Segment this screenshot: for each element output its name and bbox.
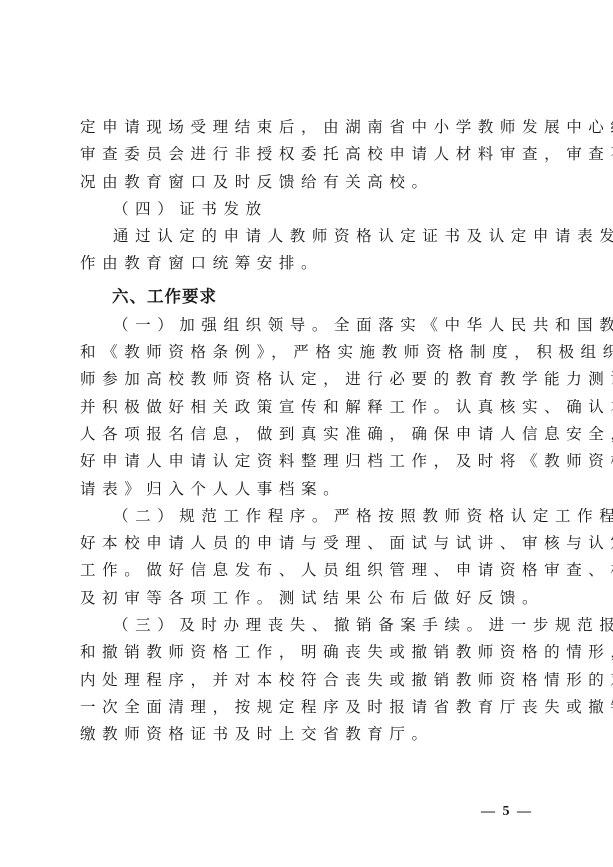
page-number: — 5 — <box>481 804 533 820</box>
text-line: 内处理程序，并对本校符合丧失或撤销教师资格情形的对象开展 <box>80 667 536 694</box>
section-heading-work-requirements: 六、工作要求 <box>80 278 536 312</box>
text-line: （三）及时办理丧失、撤销备案手续。进一步规范报请丧失 <box>80 612 536 639</box>
text-line: 定申请现场受理结束后，由湖南省中小学教师发展中心组织专家 <box>80 114 536 141</box>
text-line: 一次全面清理，按规定程序及时报请省教育厅丧失或撤销，并收 <box>80 694 536 721</box>
text-line: 师参加高校教师资格认定，进行必要的教育教学能力测试指导， <box>80 366 536 393</box>
text-line: 况由教育窗口及时反馈给有关高校。 <box>80 169 536 196</box>
text-line: 人各项报名信息，做到真实准确，确保申请人信息安全，同时做 <box>80 421 536 448</box>
text-line: （一）加强组织领导。全面落实《中华人民共和国教师法》 <box>80 312 536 339</box>
text-line: 和撤销教师资格工作，明确丧失或撤销教师资格的情形，细化校 <box>80 639 536 666</box>
text-line: （二）规范工作程序。严格按照教师资格认定工作程序，做 <box>80 503 536 530</box>
text-line: 工作。做好信息发布、人员组织管理、申请资格审查、材料收集 <box>80 557 536 584</box>
text-line: 请表》归入个人人事档案。 <box>80 476 536 503</box>
document-page: 定申请现场受理结束后，由湖南省中小学教师发展中心组织专家 审查委员会进行非授权委… <box>0 0 613 867</box>
text-line: 好本校申请人员的申请与受理、面试与试讲、审核与认定等相关 <box>80 530 536 557</box>
text-line: 好申请人申请认定资料整理归档工作，及时将《教师资格认定申 <box>80 448 536 475</box>
page-content: 定申请现场受理结束后，由湖南省中小学教师发展中心组织专家 审查委员会进行非授权委… <box>80 114 536 749</box>
text-line: 通过认定的申请人教师资格认定证书及认定申请表发放工 <box>80 223 536 250</box>
text-line: 审查委员会进行非授权委托高校申请人材料审查，审查不通过情 <box>80 141 536 168</box>
text-line: 和《教师资格条例》，严格实施教师资格制度，积极组织专任教 <box>80 339 536 366</box>
text-line: 及初审等各项工作。测试结果公布后做好反馈。 <box>80 585 536 612</box>
text-line: 缴教师资格证书及时上交省教育厅。 <box>80 721 536 748</box>
text-line: 作由教育窗口统筹安排。 <box>80 250 536 277</box>
subheading-certificate-issuance: （四）证书发放 <box>80 196 536 223</box>
text-line: 并积极做好相关政策宣传和解释工作。认真核实、确认本校申请 <box>80 394 536 421</box>
